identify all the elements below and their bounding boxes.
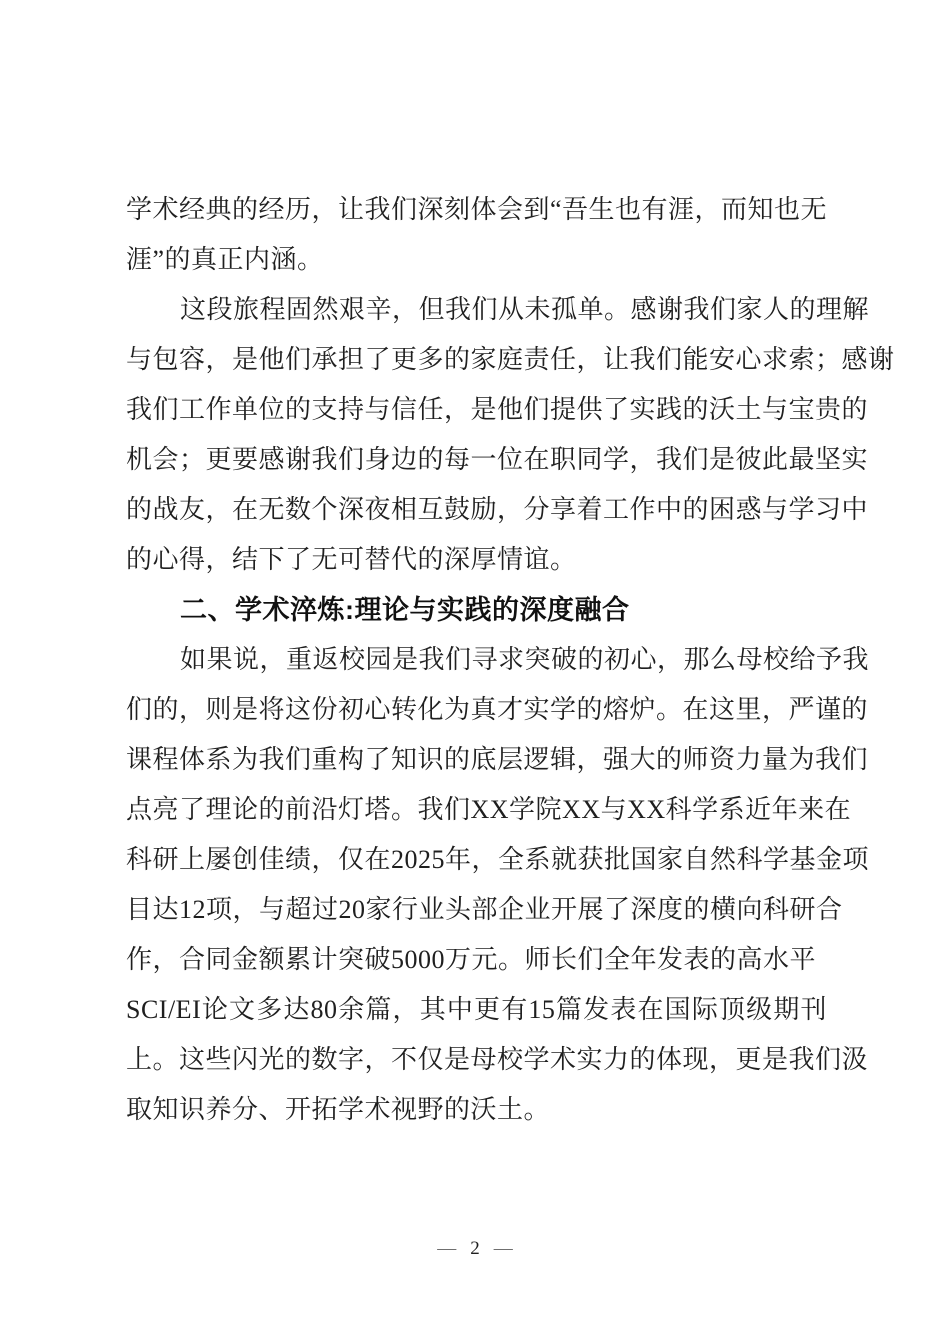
text-line: 们的，则是将这份初心转化为真才实学的熔炉。在这里，严谨的: [126, 685, 827, 735]
text-line: 科研上屡创佳绩，仅在2025年，全系就获批国家自然科学基金项: [126, 835, 827, 885]
text-line: 点亮了理论的前沿灯塔。我们XX学院XX与XX科学系近年来在: [126, 785, 827, 835]
text-line: 取知识养分、开拓学术视野的沃土。: [126, 1085, 827, 1135]
section-heading: 二、学术淬炼:理论与实践的深度融合: [126, 585, 827, 635]
text-line: SCI/EI论文多达80余篇，其中更有15篇发表在国际顶级期刊: [126, 985, 827, 1035]
text-line: 我们工作单位的支持与信任，是他们提供了实践的沃土与宝贵的: [126, 385, 827, 435]
text-line: 学术经典的经历，让我们深刻体会到“吾生也有涯，而知也无: [126, 185, 827, 235]
text-line: 课程体系为我们重构了知识的底层逻辑，强大的师资力量为我们: [126, 735, 827, 785]
document-page: 学术经典的经历，让我们深刻体会到“吾生也有涯，而知也无涯”的真正内涵。这段旅程固…: [0, 0, 950, 1344]
footer-dash-right: —: [494, 1238, 513, 1259]
text-line: 涯”的真正内涵。: [126, 235, 827, 285]
text-line: 这段旅程固然艰辛，但我们从未孤单。感谢我们家人的理解: [126, 285, 827, 335]
page-number: 2: [470, 1236, 480, 1262]
page-footer: —2—: [0, 1236, 950, 1262]
text-line: 与包容，是他们承担了更多的家庭责任，让我们能安心求索；感谢: [126, 335, 827, 385]
document-body: 学术经典的经历，让我们深刻体会到“吾生也有涯，而知也无涯”的真正内涵。这段旅程固…: [126, 185, 827, 1135]
footer-dash-left: —: [437, 1238, 456, 1259]
text-line: 目达12项，与超过20家行业头部企业开展了深度的横向科研合: [126, 885, 827, 935]
text-line: 作，合同金额累计突破5000万元。师长们全年发表的高水平: [126, 935, 827, 985]
text-line: 的心得，结下了无可替代的深厚情谊。: [126, 535, 827, 585]
text-line: 机会；更要感谢我们身边的每一位在职同学，我们是彼此最坚实: [126, 435, 827, 485]
text-line: 如果说，重返校园是我们寻求突破的初心，那么母校给予我: [126, 635, 827, 685]
text-line: 的战友，在无数个深夜相互鼓励，分享着工作中的困惑与学习中: [126, 485, 827, 535]
text-line: 上。这些闪光的数字，不仅是母校学术实力的体现，更是我们汲: [126, 1035, 827, 1085]
